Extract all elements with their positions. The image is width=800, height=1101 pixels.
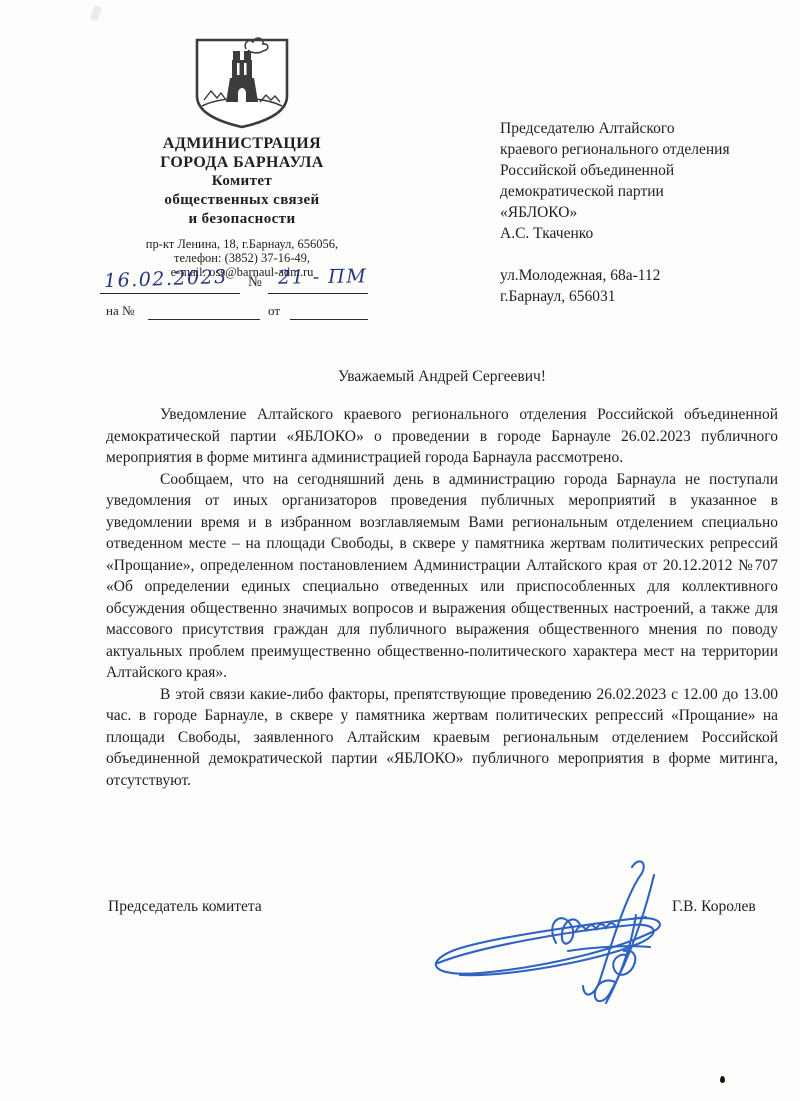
- org-name-line2: ГОРОДА БАРНАУЛА: [92, 153, 392, 172]
- org-name-line1: АДМИНИСТРАЦИЯ: [92, 134, 392, 153]
- contact-phone: телефон: (3852) 37-16-49,: [92, 251, 392, 265]
- signer-position-title: Председатель комитета: [108, 898, 262, 916]
- paragraph-3: В этой связи какие-либо факторы, препятс…: [106, 684, 778, 792]
- number-underline: [268, 293, 368, 294]
- letterhead: АДМИНИСТРАЦИЯ ГОРОДА БАРНАУЛА Комитет об…: [92, 36, 392, 279]
- handwritten-number: 21 - ПМ: [278, 265, 368, 289]
- reply-from-underline: [290, 319, 368, 320]
- recipient-street: ул.Молодежная, 68а-112: [500, 265, 790, 286]
- handwritten-date: 16.02.2023: [104, 266, 228, 292]
- scan-smudge: [90, 5, 102, 21]
- recipient-line: демократической партии: [500, 181, 790, 202]
- handwritten-signature: [418, 855, 670, 1007]
- org-name-line3: Комитет: [92, 172, 392, 191]
- barnaul-coat-of-arms-icon: [190, 36, 294, 130]
- recipient-line: Российской объединенной: [500, 160, 790, 181]
- contact-address: пр-кт Ленина, 18, г.Барнаул, 656056,: [92, 237, 392, 251]
- recipient-person: А.С. Ткаченко: [500, 223, 790, 244]
- ink-dot-artifact: [720, 1076, 725, 1083]
- signer-name: Г.В. Королев: [672, 898, 756, 916]
- scanned-letter-page: АДМИНИСТРАЦИЯ ГОРОДА БАРНАУЛА Комитет об…: [0, 0, 800, 1101]
- recipient-party-name: «ЯБЛОКО»: [500, 202, 790, 223]
- salutation: Уважаемый Андрей Сергеевич!: [106, 368, 778, 386]
- paragraph-2: Сообщаем, что на сегодняшний день в адми…: [106, 469, 778, 684]
- org-name-line4: общественных связей: [92, 191, 392, 210]
- paragraph-1: Уведомление Алтайского краевого регионал…: [106, 404, 778, 469]
- reply-number-label: на №: [106, 303, 134, 319]
- letter-body: Уведомление Алтайского краевого регионал…: [106, 404, 778, 791]
- recipient-line: краевого регионального отделения: [500, 139, 790, 160]
- recipient-city: г.Барнаул, 656031: [500, 286, 790, 307]
- recipient-block: Председателю Алтайского краевого региона…: [500, 118, 790, 307]
- number-sign: №: [248, 274, 262, 291]
- date-underline: [100, 293, 240, 294]
- org-name-line5: и безопасности: [92, 210, 392, 229]
- reply-number-underline: [148, 319, 260, 320]
- reply-from-label: от: [268, 303, 280, 319]
- recipient-line: Председателю Алтайского: [500, 118, 790, 139]
